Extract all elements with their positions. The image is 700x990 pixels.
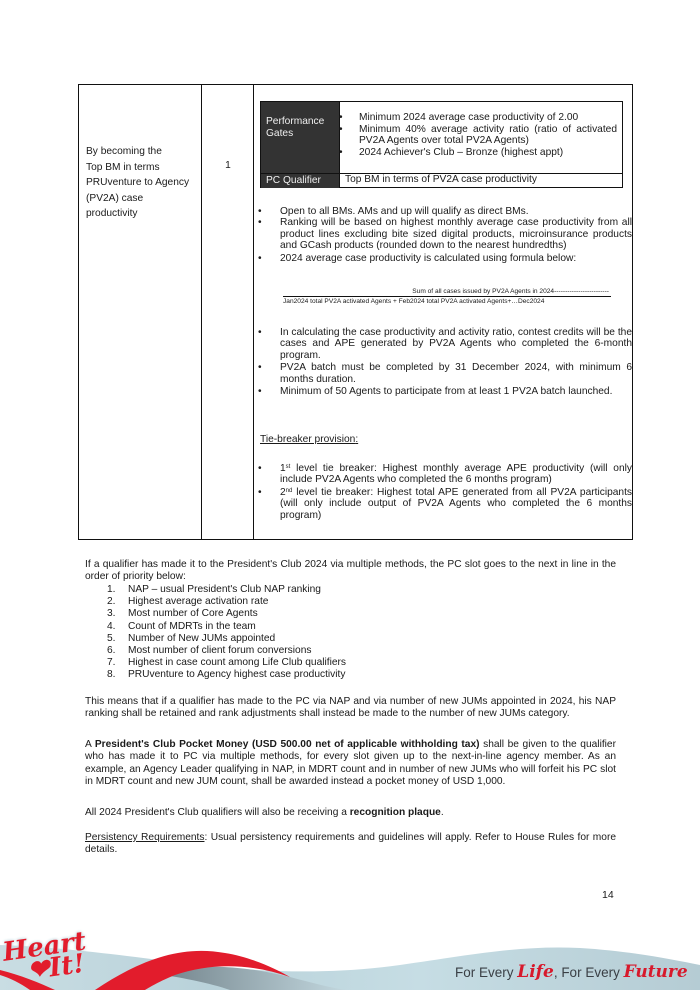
priority-item: 7.Highest in case count among Life Club … <box>107 657 346 669</box>
priority-item: 6.Most number of client forum conversion… <box>107 645 346 657</box>
criteria-line: productivity <box>86 206 201 222</box>
item-number: 6. <box>107 645 128 657</box>
footer-slogan: For Every Life, For Every Future <box>455 962 688 982</box>
heart-it-logo: Heart ❤It! <box>1 930 90 985</box>
slogan-text: , For Every <box>554 965 624 980</box>
rules-list-2: In calculating the case productivity and… <box>280 327 632 397</box>
gate-item: Minimum 40% average activity ratio (rati… <box>359 124 617 147</box>
priority-item: 3.Most number of Core Agents <box>107 608 346 620</box>
persistency-paragraph: Persistency Requirements: Usual persiste… <box>85 832 616 857</box>
item-number: 7. <box>107 657 128 669</box>
criteria-line: (PV2A) case <box>86 191 201 207</box>
rule-item: Ranking will be based on highest monthly… <box>280 217 632 251</box>
item-number: 5. <box>107 633 128 645</box>
pc-qualifier-label: PC Qualifier <box>261 173 339 188</box>
slogan-text: For Every <box>455 965 517 980</box>
slogan-script: Life <box>517 962 554 982</box>
criteria-line: By becoming the <box>86 144 201 160</box>
item-text: Count of MDRTs in the team <box>128 621 256 632</box>
item-number: 1. <box>107 584 128 596</box>
page-number: 14 <box>602 889 614 901</box>
item-number: 2. <box>107 596 128 608</box>
tiebreaker-item: 1st level tie breaker: Highest monthly a… <box>280 463 632 486</box>
formula-numerator: Sum of all cases issued by PV2A Agents i… <box>283 288 611 296</box>
item-text: Highest in case count among Life Club qu… <box>128 657 346 668</box>
rule-item: Open to all BMs. AMs and up will qualify… <box>280 206 632 217</box>
text: . <box>441 807 444 818</box>
text: All 2024 President's Club qualifiers wil… <box>85 807 350 818</box>
ordinal: 1 <box>280 463 286 474</box>
pocket-money-emphasis: President's Club Pocket Money (USD 500.0… <box>95 739 480 750</box>
tiebreaker-text: level tie breaker: Highest monthly avera… <box>280 463 632 485</box>
productivity-formula: Sum of all cases issued by PV2A Agents i… <box>283 288 611 306</box>
plaque-emphasis: recognition plaque <box>350 807 441 818</box>
nap-retention-paragraph: This means that if a qualifier has made … <box>85 696 616 721</box>
slots-cell: 1 <box>202 160 254 171</box>
priority-item: 5.Number of New JUMs appointed <box>107 633 346 645</box>
label-line: Gates <box>266 128 339 140</box>
performance-gates-table: Performance Gates PC Qualifier Minimum 2… <box>260 101 623 188</box>
item-number: 3. <box>107 608 128 620</box>
tiebreaker-list: 1st level tie breaker: Highest monthly a… <box>280 463 632 521</box>
item-text: NAP – usual President's Club NAP ranking <box>128 584 321 595</box>
rule-item: PV2A batch must be completed by 31 Decem… <box>280 362 632 385</box>
priority-item: 1.NAP – usual President's Club NAP ranki… <box>107 584 346 596</box>
label-line: Performance <box>266 116 339 128</box>
pc-qualifier-value: Top BM in terms of PV2A case productivit… <box>345 174 537 185</box>
criteria-line: PRUventure to Agency <box>86 175 201 191</box>
gate-item: 2024 Achiever's Club – Bronze (highest a… <box>359 147 617 159</box>
tiebreaker-heading: Tie-breaker provision: <box>260 434 358 445</box>
ordinal-suffix: st <box>286 464 291 470</box>
item-text: Number of New JUMs appointed <box>128 633 275 644</box>
pocket-money-paragraph: A President's Club Pocket Money (USD 500… <box>85 739 616 788</box>
item-text: PRUventure to Agency highest case produc… <box>128 669 345 680</box>
priority-item: 8.PRUventure to Agency highest case prod… <box>107 669 346 681</box>
formula-denominator: Jan2024 total PV2A activated Agents + Fe… <box>283 297 611 306</box>
text: A <box>85 739 95 750</box>
logo-line: It! <box>47 949 86 984</box>
rule-item: Minimum of 50 Agents to participate from… <box>280 386 632 397</box>
performance-gates-label: Performance Gates <box>261 102 339 173</box>
ordinal: 2 <box>280 487 286 498</box>
plaque-paragraph: All 2024 President's Club qualifiers wil… <box>85 807 616 819</box>
rule-item: In calculating the case productivity and… <box>280 327 632 361</box>
qualification-table: By becoming the Top BM in terms PRUventu… <box>78 84 633 540</box>
persistency-label: Persistency Requirements <box>85 832 204 843</box>
tiebreaker-item: 2nd level tie breaker: Highest total APE… <box>280 487 632 521</box>
criteria-line: Top BM in terms <box>86 160 201 176</box>
table-divider <box>201 85 202 539</box>
priority-item: 2.Highest average activation rate <box>107 596 346 608</box>
criteria-cell: By becoming the Top BM in terms PRUventu… <box>86 144 201 222</box>
priority-intro: If a qualifier has made it to the Presid… <box>85 559 616 584</box>
item-text: Most number of Core Agents <box>128 608 258 619</box>
tiebreaker-heading-text: Tie-breaker provision <box>260 434 355 445</box>
rules-list: Open to all BMs. AMs and up will qualify… <box>280 206 632 264</box>
item-text: Most number of client forum conversions <box>128 645 311 656</box>
table-divider <box>253 85 254 539</box>
priority-item: 4.Count of MDRTs in the team <box>107 621 346 633</box>
performance-gates-list: Minimum 2024 average case productivity o… <box>359 112 617 158</box>
slogan-script: Future <box>624 962 688 982</box>
priority-list: 1.NAP – usual President's Club NAP ranki… <box>107 584 346 682</box>
gate-item: Minimum 2024 average case productivity o… <box>359 112 617 124</box>
item-number: 4. <box>107 621 128 633</box>
tiebreaker-text: level tie breaker: Highest total APE gen… <box>280 487 632 521</box>
item-text: Highest average activation rate <box>128 596 268 607</box>
ordinal-suffix: nd <box>286 488 293 494</box>
item-number: 8. <box>107 669 128 681</box>
rule-item: 2024 average case productivity is calcul… <box>280 253 632 264</box>
